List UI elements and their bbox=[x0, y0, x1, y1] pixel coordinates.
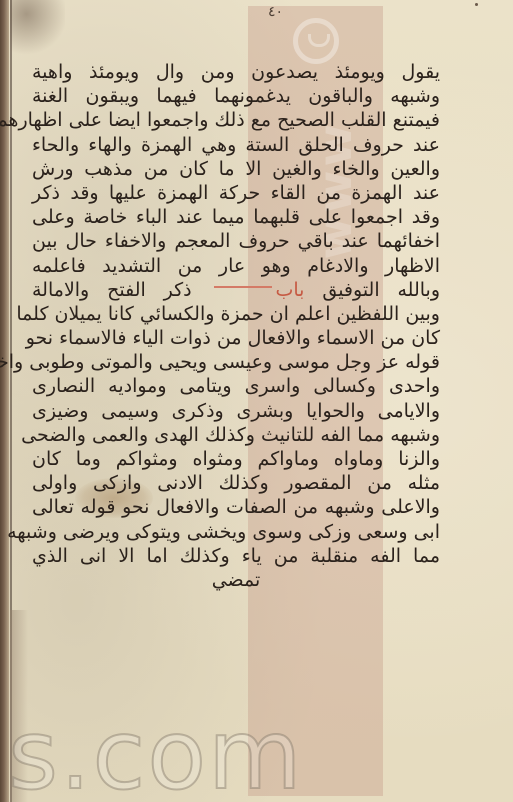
chapter-rubric: باب bbox=[276, 279, 305, 301]
watermark-domain-text: s.com bbox=[8, 705, 304, 802]
text-line: اخفائهما عند باقي حروف المعجم والاخفاء ح… bbox=[32, 229, 440, 253]
margin-spot bbox=[475, 3, 478, 6]
text-line: وشبهه مما الفه للتانيث وكذلك الهدى والعم… bbox=[32, 423, 440, 447]
text-line: مثله من المقصور وكذلك الادنى وازكى واولى bbox=[32, 471, 440, 495]
line-text: والزنا وماواه وماواكم ومثواه ومثواكم وما… bbox=[32, 448, 440, 470]
line-text: والاعلى وشبهه من الصفات والافعال نحو قول… bbox=[32, 496, 440, 518]
line-text: مما الفه منقلبة من ياء وكذلك اما الا انى… bbox=[32, 545, 440, 567]
text-line: ابى وسعى وزكى وسوى ويخشى ويتوكى ويرضى وش… bbox=[32, 520, 440, 544]
line-text: وبين اللفظين اعلم ان حمزة والكسائي كانا … bbox=[16, 303, 440, 325]
text-line: والايامى والحوايا وبشرى وذكرى وسيمى وضيز… bbox=[32, 399, 440, 423]
text-line: مما الفه منقلبة من ياء وكذلك اما الا انى… bbox=[32, 544, 440, 568]
line-text: اخفائهما عند باقي حروف المعجم والاخفاء ح… bbox=[32, 230, 440, 252]
line-text: وشبهه مما الفه للتانيث وكذلك الهدى والعم… bbox=[21, 424, 440, 446]
chapter-heading-line: وبالله التوفيق باب ذكر الفتح والامالة bbox=[32, 278, 440, 302]
line-text: وشبهه والباقون يدغمونهما فيهما ويبقون ال… bbox=[32, 85, 440, 107]
text-line: وقد اجمعوا على قلبهما ميما عند الباء خاص… bbox=[32, 205, 440, 229]
line-text: عند الهمزة من القاء حركة الهمزة عليها وق… bbox=[32, 182, 440, 204]
line-text: قوله عز وجل موسى وعيسى ويحيى والموتى وطو… bbox=[0, 351, 440, 373]
text-line: الاظهار والادغام وهو عار من التشديد فاعل… bbox=[32, 254, 440, 278]
manuscript-text: يقول ويومئذ يصدعون ومن وال ويومئذ واهية … bbox=[32, 60, 440, 592]
line-text: عند حروف الحلق الستة وهي الهمزة والهاء و… bbox=[32, 134, 440, 156]
text-line: قوله عز وجل موسى وعيسى ويحيى والموتى وطو… bbox=[32, 350, 440, 374]
text-line: والزنا وماواه وماواكم ومثواه ومثواكم وما… bbox=[32, 447, 440, 471]
line-text: والايامى والحوايا وبشرى وذكرى وسيمى وضيز… bbox=[32, 400, 440, 422]
text-line: فيمتنع القلب الصحيح مع ذلك واجمعوا ايضا … bbox=[32, 108, 440, 132]
catchword: تمضي bbox=[32, 568, 440, 592]
text-line: واحدى وكسالى واسرى ويتامى ومواديه النصار… bbox=[32, 374, 440, 398]
line-text: يقول ويومئذ يصدعون ومن وال ويومئذ واهية bbox=[32, 61, 440, 83]
text-line: وشبهه والباقون يدغمونهما فيهما ويبقون ال… bbox=[32, 84, 440, 108]
line-text: مثله من المقصور وكذلك الادنى وازكى واولى bbox=[32, 472, 440, 494]
text-line: والاعلى وشبهه من الصفات والافعال نحو قول… bbox=[32, 495, 440, 519]
text-line: والعين والخاء والغين الا ما كان من مذهب … bbox=[32, 157, 440, 181]
manuscript-page: www ٤٠ يقول ويومئذ يصدعون ومن وال ويومئذ… bbox=[0, 0, 513, 802]
circular-logo-icon bbox=[293, 18, 339, 64]
line-text: وبالله التوفيق bbox=[322, 279, 440, 301]
text-line: كان من الاسماء والافعال من ذوات الياء فا… bbox=[32, 326, 440, 350]
text-line: وبين اللفظين اعلم ان حمزة والكسائي كانا … bbox=[32, 302, 440, 326]
line-text: واحدى وكسالى واسرى ويتامى ومواديه النصار… bbox=[32, 375, 440, 397]
rubric-stroke bbox=[214, 286, 272, 288]
page-number: ٤٠ bbox=[268, 4, 283, 20]
line-text: الاظهار والادغام وهو عار من التشديد فاعل… bbox=[32, 255, 440, 277]
text-line: عند الهمزة من القاء حركة الهمزة عليها وق… bbox=[32, 181, 440, 205]
line-text: والعين والخاء والغين الا ما كان من مذهب … bbox=[32, 158, 440, 180]
chapter-title: ذكر الفتح والامالة bbox=[32, 279, 192, 301]
line-text: كان من الاسماء والافعال من ذوات الياء فا… bbox=[26, 327, 440, 349]
line-text: فيمتنع القلب الصحيح مع ذلك واجمعوا ايضا … bbox=[0, 109, 440, 131]
text-line: عند حروف الحلق الستة وهي الهمزة والهاء و… bbox=[32, 133, 440, 157]
text-line: يقول ويومئذ يصدعون ومن وال ويومئذ واهية bbox=[32, 60, 440, 84]
line-text: وقد اجمعوا على قلبهما ميما عند الباء خاص… bbox=[32, 206, 440, 228]
catchword-text: تمضي bbox=[212, 569, 261, 591]
line-text: ابى وسعى وزكى وسوى ويخشى ويتوكى ويرضى وش… bbox=[7, 521, 440, 543]
